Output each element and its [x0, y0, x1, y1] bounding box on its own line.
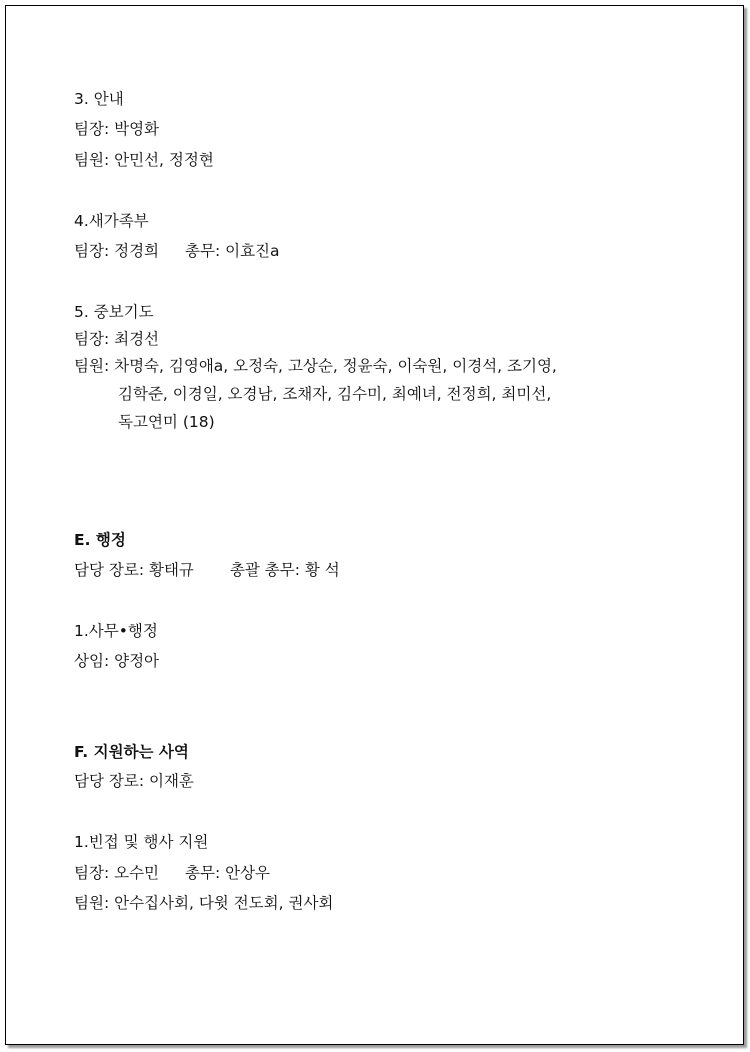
new-family-staff-line: 팀장: 정경희총무: 이효진a: [74, 241, 280, 261]
intercession-leader: 팀장: 최경선: [74, 329, 159, 349]
support-sub-title: 1.빈접 및 행사 지원: [74, 832, 208, 852]
support-elder: 담당 장로: 이재훈: [74, 771, 194, 791]
admin-staff: 상임: 양정아: [74, 651, 159, 671]
admin-elder: 담당 장로: 황태규: [74, 561, 194, 579]
intercession-members-1: 팀원: 차명숙, 김영애a, 오정숙, 고상순, 정윤숙, 이숙원, 이경석, …: [74, 356, 557, 376]
new-family-title: 4.새가족부: [74, 211, 149, 231]
support-members: 팀원: 안수집사회, 다윗 전도회, 권사회: [74, 893, 333, 913]
support-secretary: 총무: 안상우: [185, 864, 270, 882]
new-family-secretary: 총무: 이효진a: [185, 242, 280, 260]
admin-staff-line: 담당 장로: 황태규총괄 총무: 황 석: [74, 560, 340, 580]
admin-general-secretary: 총괄 총무: 황 석: [230, 561, 340, 579]
guide-title: 3. 안내: [74, 89, 124, 109]
admin-heading: E. 행정: [74, 530, 126, 550]
intercession-title: 5. 중보기도: [74, 302, 154, 322]
admin-sub-title: 1.사무•행정: [74, 621, 158, 641]
guide-members: 팀원: 안민선, 정정현: [74, 150, 214, 170]
guide-leader: 팀장: 박영화: [74, 119, 159, 139]
intercession-members-3: 독고연미 (18): [118, 412, 215, 432]
support-staff-line: 팀장: 오수민총무: 안상우: [74, 863, 270, 883]
new-family-leader: 팀장: 정경희: [74, 242, 159, 260]
support-leader: 팀장: 오수민: [74, 864, 159, 882]
support-heading: F. 지원하는 사역: [74, 742, 189, 762]
intercession-members-2: 김학준, 이경일, 오경남, 조채자, 김수미, 최예녀, 전정희, 최미선,: [118, 384, 551, 404]
